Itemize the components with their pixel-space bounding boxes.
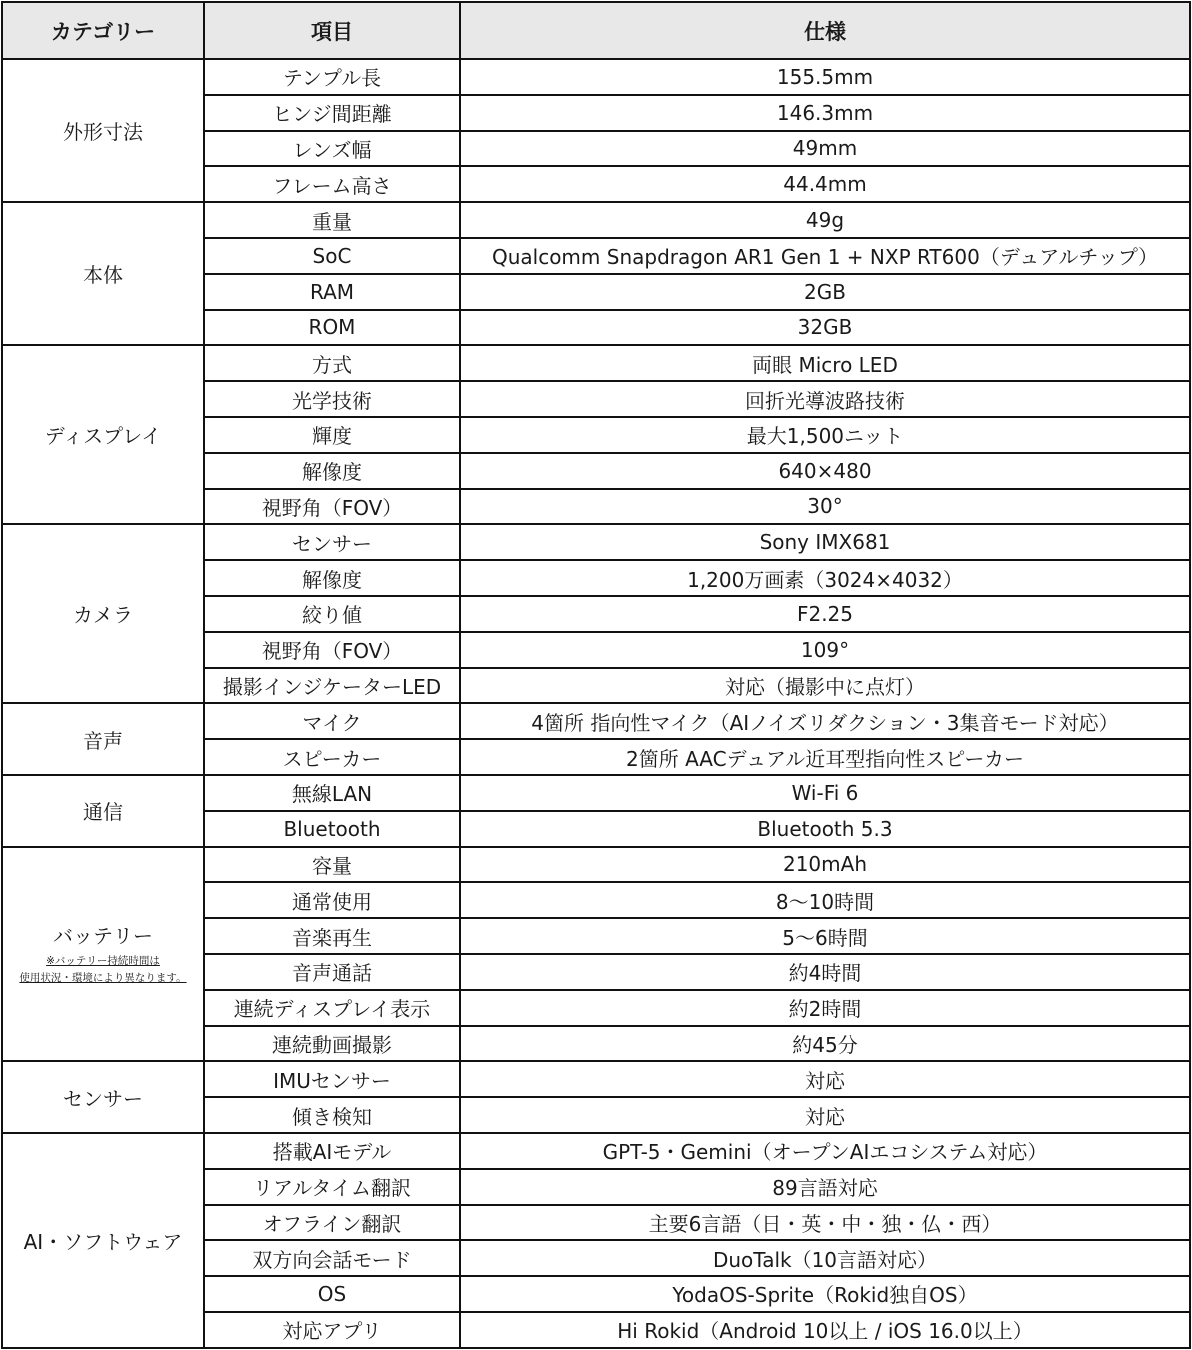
spec-cell: GPT-5・Gemini（オープンAIエコシステム対応） (460, 1133, 1190, 1169)
category-label: センサー (3, 1083, 203, 1112)
spec-cell: DuoTalk（10言語対応） (460, 1240, 1190, 1276)
item-cell: 搭載AIモデル (204, 1133, 460, 1169)
category-label: 外形寸法 (3, 116, 203, 145)
spec-cell: 49g (460, 202, 1190, 238)
spec-cell: 44.4mm (460, 166, 1190, 202)
item-cell: ROM (204, 310, 460, 346)
spec-cell: 49mm (460, 131, 1190, 167)
table-row: 音声マイク4箇所 指向性マイク（AIノイズリダクション・3集音モード対応） (2, 703, 1190, 739)
item-cell: 視野角（FOV） (204, 632, 460, 668)
item-cell: 輝度 (204, 417, 460, 453)
spec-cell: 対応（撮影中に点灯） (460, 668, 1190, 704)
spec-cell: Wi-Fi 6 (460, 775, 1190, 811)
item-cell: 無線LAN (204, 775, 460, 811)
item-cell: オフライン翻訳 (204, 1205, 460, 1241)
category-label: ディスプレイ (3, 420, 203, 449)
table-row: バッテリー※バッテリー持続時間は使用状況・環境により異なります。容量210mAh (2, 847, 1190, 883)
table-row: カメラセンサーSony IMX681 (2, 524, 1190, 560)
category-label: バッテリー (3, 920, 203, 949)
header-category: カテゴリー (2, 2, 204, 59)
spec-cell: 89言語対応 (460, 1169, 1190, 1205)
item-cell: 容量 (204, 847, 460, 883)
header-row: カテゴリー 項目 仕様 (2, 2, 1190, 59)
spec-cell: 約2時間 (460, 990, 1190, 1026)
spec-cell: 約45分 (460, 1026, 1190, 1062)
category-label: 音声 (3, 725, 203, 754)
item-cell: OS (204, 1276, 460, 1312)
battery-note-line2: 使用状況・環境により異なります。 (19, 972, 186, 984)
spec-cell: 対応 (460, 1061, 1190, 1097)
category-label: 通信 (3, 796, 203, 825)
item-cell: 音声通話 (204, 954, 460, 990)
category-label: AI・ソフトウェア (3, 1226, 203, 1255)
item-cell: センサー (204, 524, 460, 560)
table-row: 外形寸法テンプル長155.5mm (2, 59, 1190, 95)
spec-cell: 30° (460, 489, 1190, 525)
spec-table: カテゴリー 項目 仕様 外形寸法テンプル長155.5mmヒンジ間距離146.3m… (1, 1, 1191, 1349)
spec-body: 外形寸法テンプル長155.5mmヒンジ間距離146.3mmレンズ幅49mmフレー… (2, 59, 1190, 1348)
item-cell: 連続動画撮影 (204, 1026, 460, 1062)
spec-cell: 対応 (460, 1097, 1190, 1133)
category-cell: 通信 (2, 775, 204, 847)
category-cell: AI・ソフトウェア (2, 1133, 204, 1348)
item-cell: Bluetooth (204, 811, 460, 847)
spec-cell: 回折光導波路技術 (460, 381, 1190, 417)
category-cell: バッテリー※バッテリー持続時間は使用状況・環境により異なります。 (2, 847, 204, 1062)
spec-cell: 2箇所 AACデュアル近耳型指向性スピーカー (460, 739, 1190, 775)
item-cell: テンプル長 (204, 59, 460, 95)
spec-cell: 4箇所 指向性マイク（AIノイズリダクション・3集音モード対応） (460, 703, 1190, 739)
spec-cell: 210mAh (460, 847, 1190, 883)
item-cell: SoC (204, 238, 460, 274)
item-cell: 傾き検知 (204, 1097, 460, 1133)
spec-cell: 146.3mm (460, 95, 1190, 131)
spec-cell: Bluetooth 5.3 (460, 811, 1190, 847)
item-cell: ヒンジ間距離 (204, 95, 460, 131)
item-cell: 重量 (204, 202, 460, 238)
spec-cell: 155.5mm (460, 59, 1190, 95)
spec-cell: 32GB (460, 310, 1190, 346)
table-row: センサーIMUセンサー対応 (2, 1061, 1190, 1097)
category-label: カメラ (3, 599, 203, 628)
spec-cell: YodaOS-Sprite（Rokid独自OS） (460, 1276, 1190, 1312)
item-cell: 絞り値 (204, 596, 460, 632)
spec-cell: 1,200万画素（3024×4032） (460, 560, 1190, 596)
spec-cell: 109° (460, 632, 1190, 668)
item-cell: 通常使用 (204, 882, 460, 918)
category-cell: センサー (2, 1061, 204, 1133)
item-cell: 方式 (204, 345, 460, 381)
item-cell: 解像度 (204, 453, 460, 489)
spec-cell: 640×480 (460, 453, 1190, 489)
spec-cell: Hi Rokid（Android 10以上 / iOS 16.0以上） (460, 1312, 1190, 1348)
spec-cell: 主要6言語（日・英・中・独・仏・西） (460, 1205, 1190, 1241)
spec-cell: Sony IMX681 (460, 524, 1190, 560)
header-spec: 仕様 (460, 2, 1190, 59)
item-cell: RAM (204, 274, 460, 310)
spec-cell: Qualcomm Snapdragon AR1 Gen 1 + NXP RT60… (460, 238, 1190, 274)
spec-cell: 約4時間 (460, 954, 1190, 990)
item-cell: 双方向会話モード (204, 1240, 460, 1276)
item-cell: 光学技術 (204, 381, 460, 417)
item-cell: スピーカー (204, 739, 460, 775)
battery-note-line1: ※バッテリー持続時間は (46, 955, 160, 967)
table-row: 本体重量49g (2, 202, 1190, 238)
item-cell: マイク (204, 703, 460, 739)
item-cell: リアルタイム翻訳 (204, 1169, 460, 1205)
item-cell: 撮影インジケーターLED (204, 668, 460, 704)
item-cell: IMUセンサー (204, 1061, 460, 1097)
item-cell: 解像度 (204, 560, 460, 596)
table-row: ディスプレイ方式両眼 Micro LED (2, 345, 1190, 381)
spec-cell: 5～6時間 (460, 918, 1190, 954)
item-cell: 音楽再生 (204, 918, 460, 954)
table-row: 通信無線LANWi-Fi 6 (2, 775, 1190, 811)
category-label: 本体 (3, 259, 203, 288)
category-cell: 外形寸法 (2, 59, 204, 202)
item-cell: フレーム高さ (204, 166, 460, 202)
spec-cell: 両眼 Micro LED (460, 345, 1190, 381)
item-cell: 視野角（FOV） (204, 489, 460, 525)
spec-cell: F2.25 (460, 596, 1190, 632)
category-cell: 本体 (2, 202, 204, 345)
spec-cell: 8～10時間 (460, 882, 1190, 918)
table-row: AI・ソフトウェア搭載AIモデルGPT-5・Gemini（オープンAIエコシステ… (2, 1133, 1190, 1169)
category-cell: ディスプレイ (2, 345, 204, 524)
spec-cell: 最大1,500ニット (460, 417, 1190, 453)
category-cell: 音声 (2, 703, 204, 775)
item-cell: 対応アプリ (204, 1312, 460, 1348)
header-item: 項目 (204, 2, 460, 59)
spec-cell: 2GB (460, 274, 1190, 310)
category-cell: カメラ (2, 524, 204, 703)
item-cell: 連続ディスプレイ表示 (204, 990, 460, 1026)
item-cell: レンズ幅 (204, 131, 460, 167)
battery-note: ※バッテリー持続時間は使用状況・環境により異なります。 (3, 953, 203, 987)
